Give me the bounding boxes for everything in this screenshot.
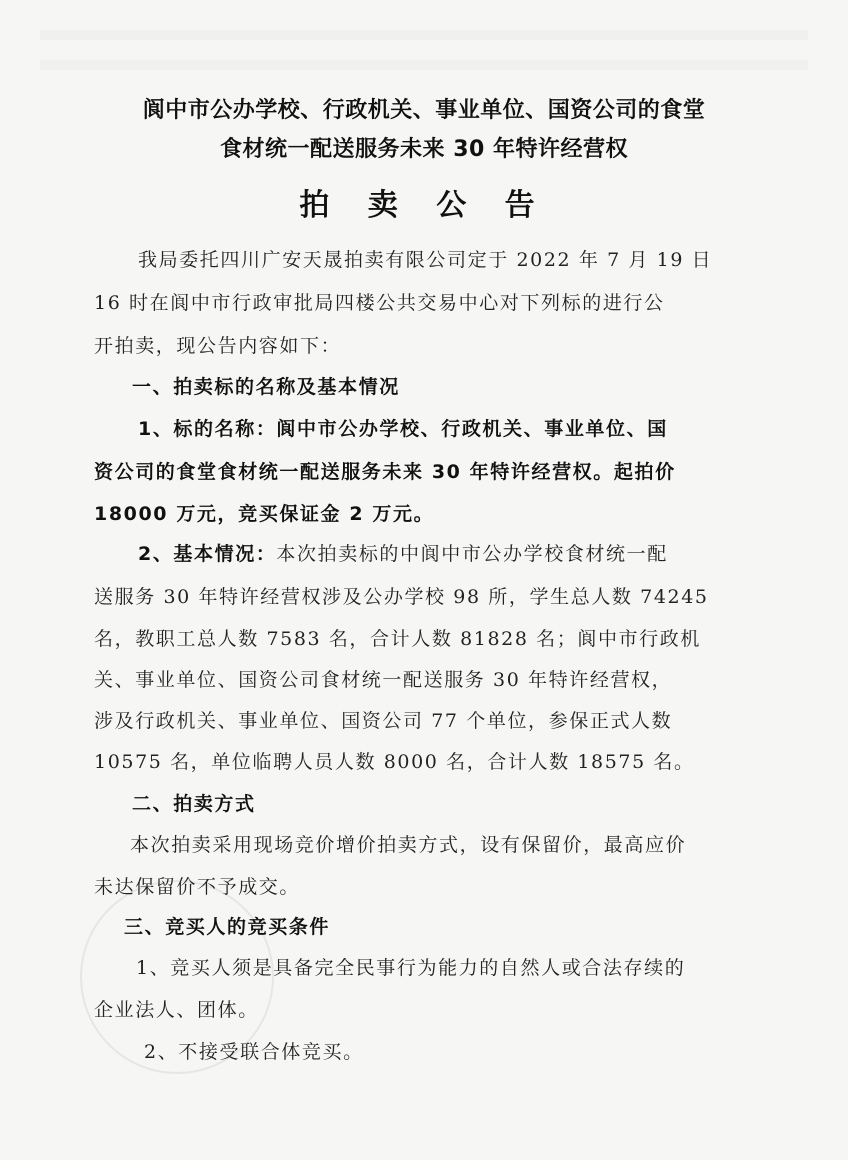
- section2-line2: 未达保留价不予成交。: [94, 872, 300, 899]
- section1-item2-line4: 关、事业单位、国资公司食材统一配送服务 30 年特许经营权，: [94, 665, 672, 692]
- section1-item2-line1: 2、基本情况：本次拍卖标的中阆中市公办学校食材统一配: [138, 539, 668, 566]
- section1-item2-line6: 10575 名，单位临聘人员人数 8000 名，合计人数 18575 名。: [94, 747, 695, 774]
- document-page: 阆中市公办学校、行政机关、事业单位、国资公司的食堂 食材统一配送服务未来 30 …: [0, 0, 848, 1160]
- title-line-1: 阆中市公办学校、行政机关、事业单位、国资公司的食堂: [0, 93, 848, 124]
- section1-item1-line1: 1、标的名称：阆中市公办学校、行政机关、事业单位、国: [138, 414, 668, 441]
- intro-line-3: 开拍卖，现公告内容如下：: [94, 331, 341, 358]
- section1-item2-line2: 送服务 30 年特许经营权涉及公办学校 98 所，学生总人数 74245: [94, 582, 709, 609]
- section2-heading: 二、拍卖方式: [132, 789, 256, 816]
- section3-item2: 2、不接受联合体竞买。: [144, 1037, 364, 1064]
- intro-line-1: 我局委托四川广安天晟拍卖有限公司定于 2022 年 7 月 19 日: [138, 245, 712, 272]
- section3-item1-line1: 1、竞买人须是具备完全民事行为能力的自然人或合法存续的: [136, 953, 685, 980]
- section1-item2-line3: 名，教职工总人数 7583 名，合计人数 81828 名；阆中市行政机: [94, 624, 701, 651]
- section3-heading: 三、竞买人的竞买条件: [124, 912, 330, 939]
- bleed-through: [40, 30, 808, 40]
- section1-heading: 一、拍卖标的名称及基本情况: [132, 372, 400, 399]
- bleed-through: [40, 60, 808, 70]
- intro-line-2: 16 时在阆中市行政审批局四楼公共交易中心对下列标的进行公: [94, 288, 665, 315]
- section1-item2-line5: 涉及行政机关、事业单位、国资公司 77 个单位，参保正式人数: [94, 706, 672, 733]
- section1-item1-line2: 资公司的食堂食材统一配送服务未来 30 年特许经营权。起拍价: [94, 457, 676, 484]
- title-line-2: 食材统一配送服务未来 30 年特许经营权: [0, 132, 848, 163]
- title-main: 拍 卖 公 告: [0, 180, 848, 224]
- section1-item2-label: 2、基本情况：: [138, 543, 276, 565]
- section2-line1: 本次拍卖采用现场竞价增价拍卖方式，设有保留价，最高应价: [130, 830, 686, 857]
- section3-item1-line2: 企业法人、团体。: [94, 995, 259, 1022]
- section1-item2-text: 本次拍卖标的中阆中市公办学校食材统一配: [276, 543, 667, 565]
- section1-item1-line3: 18000 万元，竞买保证金 2 万元。: [94, 499, 434, 526]
